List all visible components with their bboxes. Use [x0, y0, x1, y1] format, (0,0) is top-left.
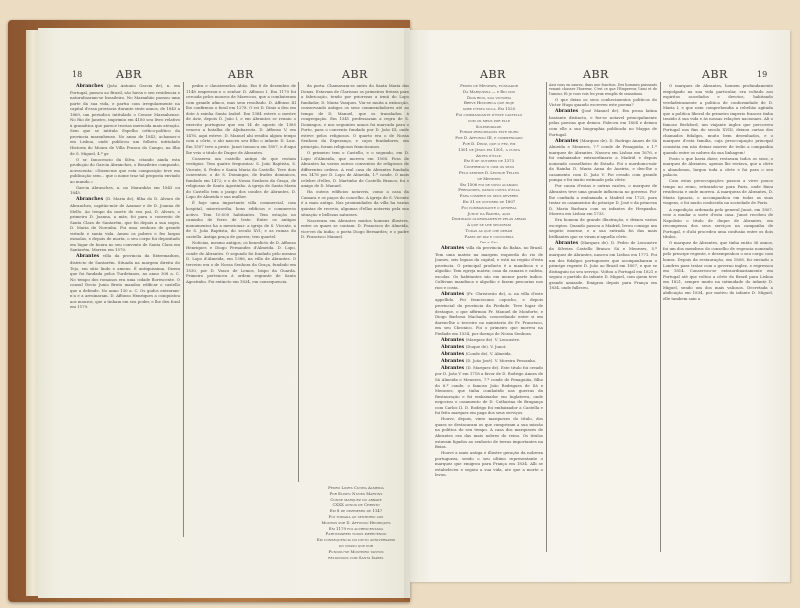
entry-paragraph: Abrantes (Marquez de). D. Rodrigo Annes … [549, 138, 657, 183]
entry-paragraph: Abrantes (D. João José). V. Moreira Pess… [435, 358, 543, 365]
running-head: ABR [583, 68, 609, 81]
entry-headword: Abrantes [555, 109, 581, 114]
text-column: Abrantes villa da provincia da Bahia, no… [435, 245, 543, 553]
inscription-line: religiosos com Santa Isabel [305, 555, 407, 561]
column-rule [183, 82, 184, 537]
entry-paragraph: O primeiro tem o Castello, e o segundo, … [301, 150, 409, 189]
entry-headword: Abrantes [441, 345, 466, 350]
entry-paragraph: da porta. Chamavam-se antes do Santa Mar… [301, 83, 409, 150]
entry-paragraph: Abrantes villa da provincia da Bahia, no… [435, 245, 543, 290]
entry-headword: Abrantes [441, 338, 466, 343]
entry-paragraph: Abranches (D. Maria de), filha do D. Alv… [70, 196, 180, 252]
entry-paragraph: Posto o que havia dizer, restavam todos … [663, 156, 773, 178]
entry-paragraph: Conserva um castello antigo de que resta… [186, 156, 296, 200]
entry-paragraph: Abrantes (Marquez de). V. Lencastre. [435, 337, 543, 344]
entry-paragraph: Com estas preoccupações passou a viver p… [663, 178, 773, 206]
entry-headword: Abrantes [441, 246, 466, 251]
text-column: pedra e claustrezelos Abão. Em 8 de deze… [186, 83, 296, 538]
entry-paragraph: Abrantes (José Manuel de). Em prosa lati… [549, 108, 657, 137]
inscription-block: Pedro de Meneses, fundadorDa Marquezia —… [435, 83, 543, 243]
text-column: O marquez de Abrantes, homem profundamen… [663, 83, 773, 553]
entry-headword: Abranches [76, 197, 106, 202]
entry-paragraph: Ha outros edificios notaveis, como a cas… [301, 189, 409, 217]
entry-headword: Abrantes [76, 254, 103, 259]
entry-paragraph: O que deixa os seus conhecimentos politi… [549, 97, 657, 108]
entry-headword: Abrantes [441, 292, 467, 297]
text-column: Abranches (João Antonio Garcia de), n. e… [70, 83, 180, 538]
entry-paragraph: Houve, depois, vinte marquezes do titulo… [435, 416, 543, 449]
entry-headword: Abrantes [441, 359, 466, 364]
entry-headword: Abrantes [555, 241, 580, 246]
running-head: ABR [116, 68, 142, 81]
entry-paragraph: pedra e claustrezelos Abão. Em 8 de deze… [186, 83, 296, 155]
entry-paragraph: Abrantes (D. Marquez de). Este titulo fo… [435, 365, 543, 416]
entry-paragraph: O sr. Innocencio da Silva, citando ainda… [70, 157, 180, 185]
text-column: da porta. Chamavam-se antes do Santa Mar… [301, 83, 409, 483]
entry-paragraph: Era homem de grande illustração, e deixo… [549, 217, 657, 239]
entry-paragraph: Abranches (João Antonio Garcia de), n. e… [70, 83, 180, 156]
page-number-right: 19 [757, 70, 767, 79]
entry-paragraph: Assi vous en saurez, dans une fonction. … [549, 83, 657, 96]
entry-paragraph: É hoje uma importante villa commercial, … [186, 200, 296, 239]
running-head: ABR [342, 68, 368, 81]
text-column: Assi vous en saurez, dans une fonction. … [549, 83, 657, 553]
entry-headword: Abranches [76, 84, 107, 89]
inscription-line: Deus Sea [435, 240, 543, 243]
inscription-block: Pedro Lopes Cunha AlmeidaPor Eliseu Nune… [305, 485, 407, 565]
entry-paragraph: O marquez de Abrantes, homem profundamen… [663, 83, 773, 155]
column-rule [546, 82, 547, 552]
entry-paragraph: Abrantes (Fr. Christovão de), n. na vill… [435, 291, 543, 336]
entry-paragraph: Garcia Abranches, n. no Maranhão em 1843… [70, 185, 180, 196]
page-number-left: 18 [72, 70, 82, 79]
entry-paragraph: Houve a mais antiga e illustre geração d… [435, 450, 543, 478]
entry-paragraph: Abrantes villa da provincia da Extremadu… [70, 253, 180, 309]
entry-paragraph: Abrantes (Marquez de). D. Pedro de Lenca… [549, 240, 657, 291]
entry-headword: Abrantes [555, 139, 580, 144]
running-head: ABR [228, 68, 254, 81]
running-head: ABR [480, 68, 506, 81]
column-rule [660, 82, 661, 552]
entry-paragraph: Noticias, mesmo antigos, os benedicto de… [186, 240, 296, 284]
entry-paragraph: Nasceram em Abrantes muitos homens illus… [301, 218, 409, 240]
entry-paragraph: A expedição ordenada pelo general Junot,… [663, 207, 773, 240]
entry-paragraph: O marquez de Abrantes, que tinha então 3… [663, 240, 773, 301]
entry-paragraph: Abrantes (Duque de). V. Junot. [435, 344, 543, 351]
entry-paragraph: Abrantes (Conde de). V. Almeida. [435, 351, 543, 358]
entry-headword: Abrantes [441, 366, 466, 371]
running-head: ABR [702, 68, 728, 81]
entry-headword: Abrantes [441, 352, 466, 357]
column-rule [298, 82, 299, 482]
entry-paragraph: Por causa d'estas e outras razões, o mar… [549, 183, 657, 216]
